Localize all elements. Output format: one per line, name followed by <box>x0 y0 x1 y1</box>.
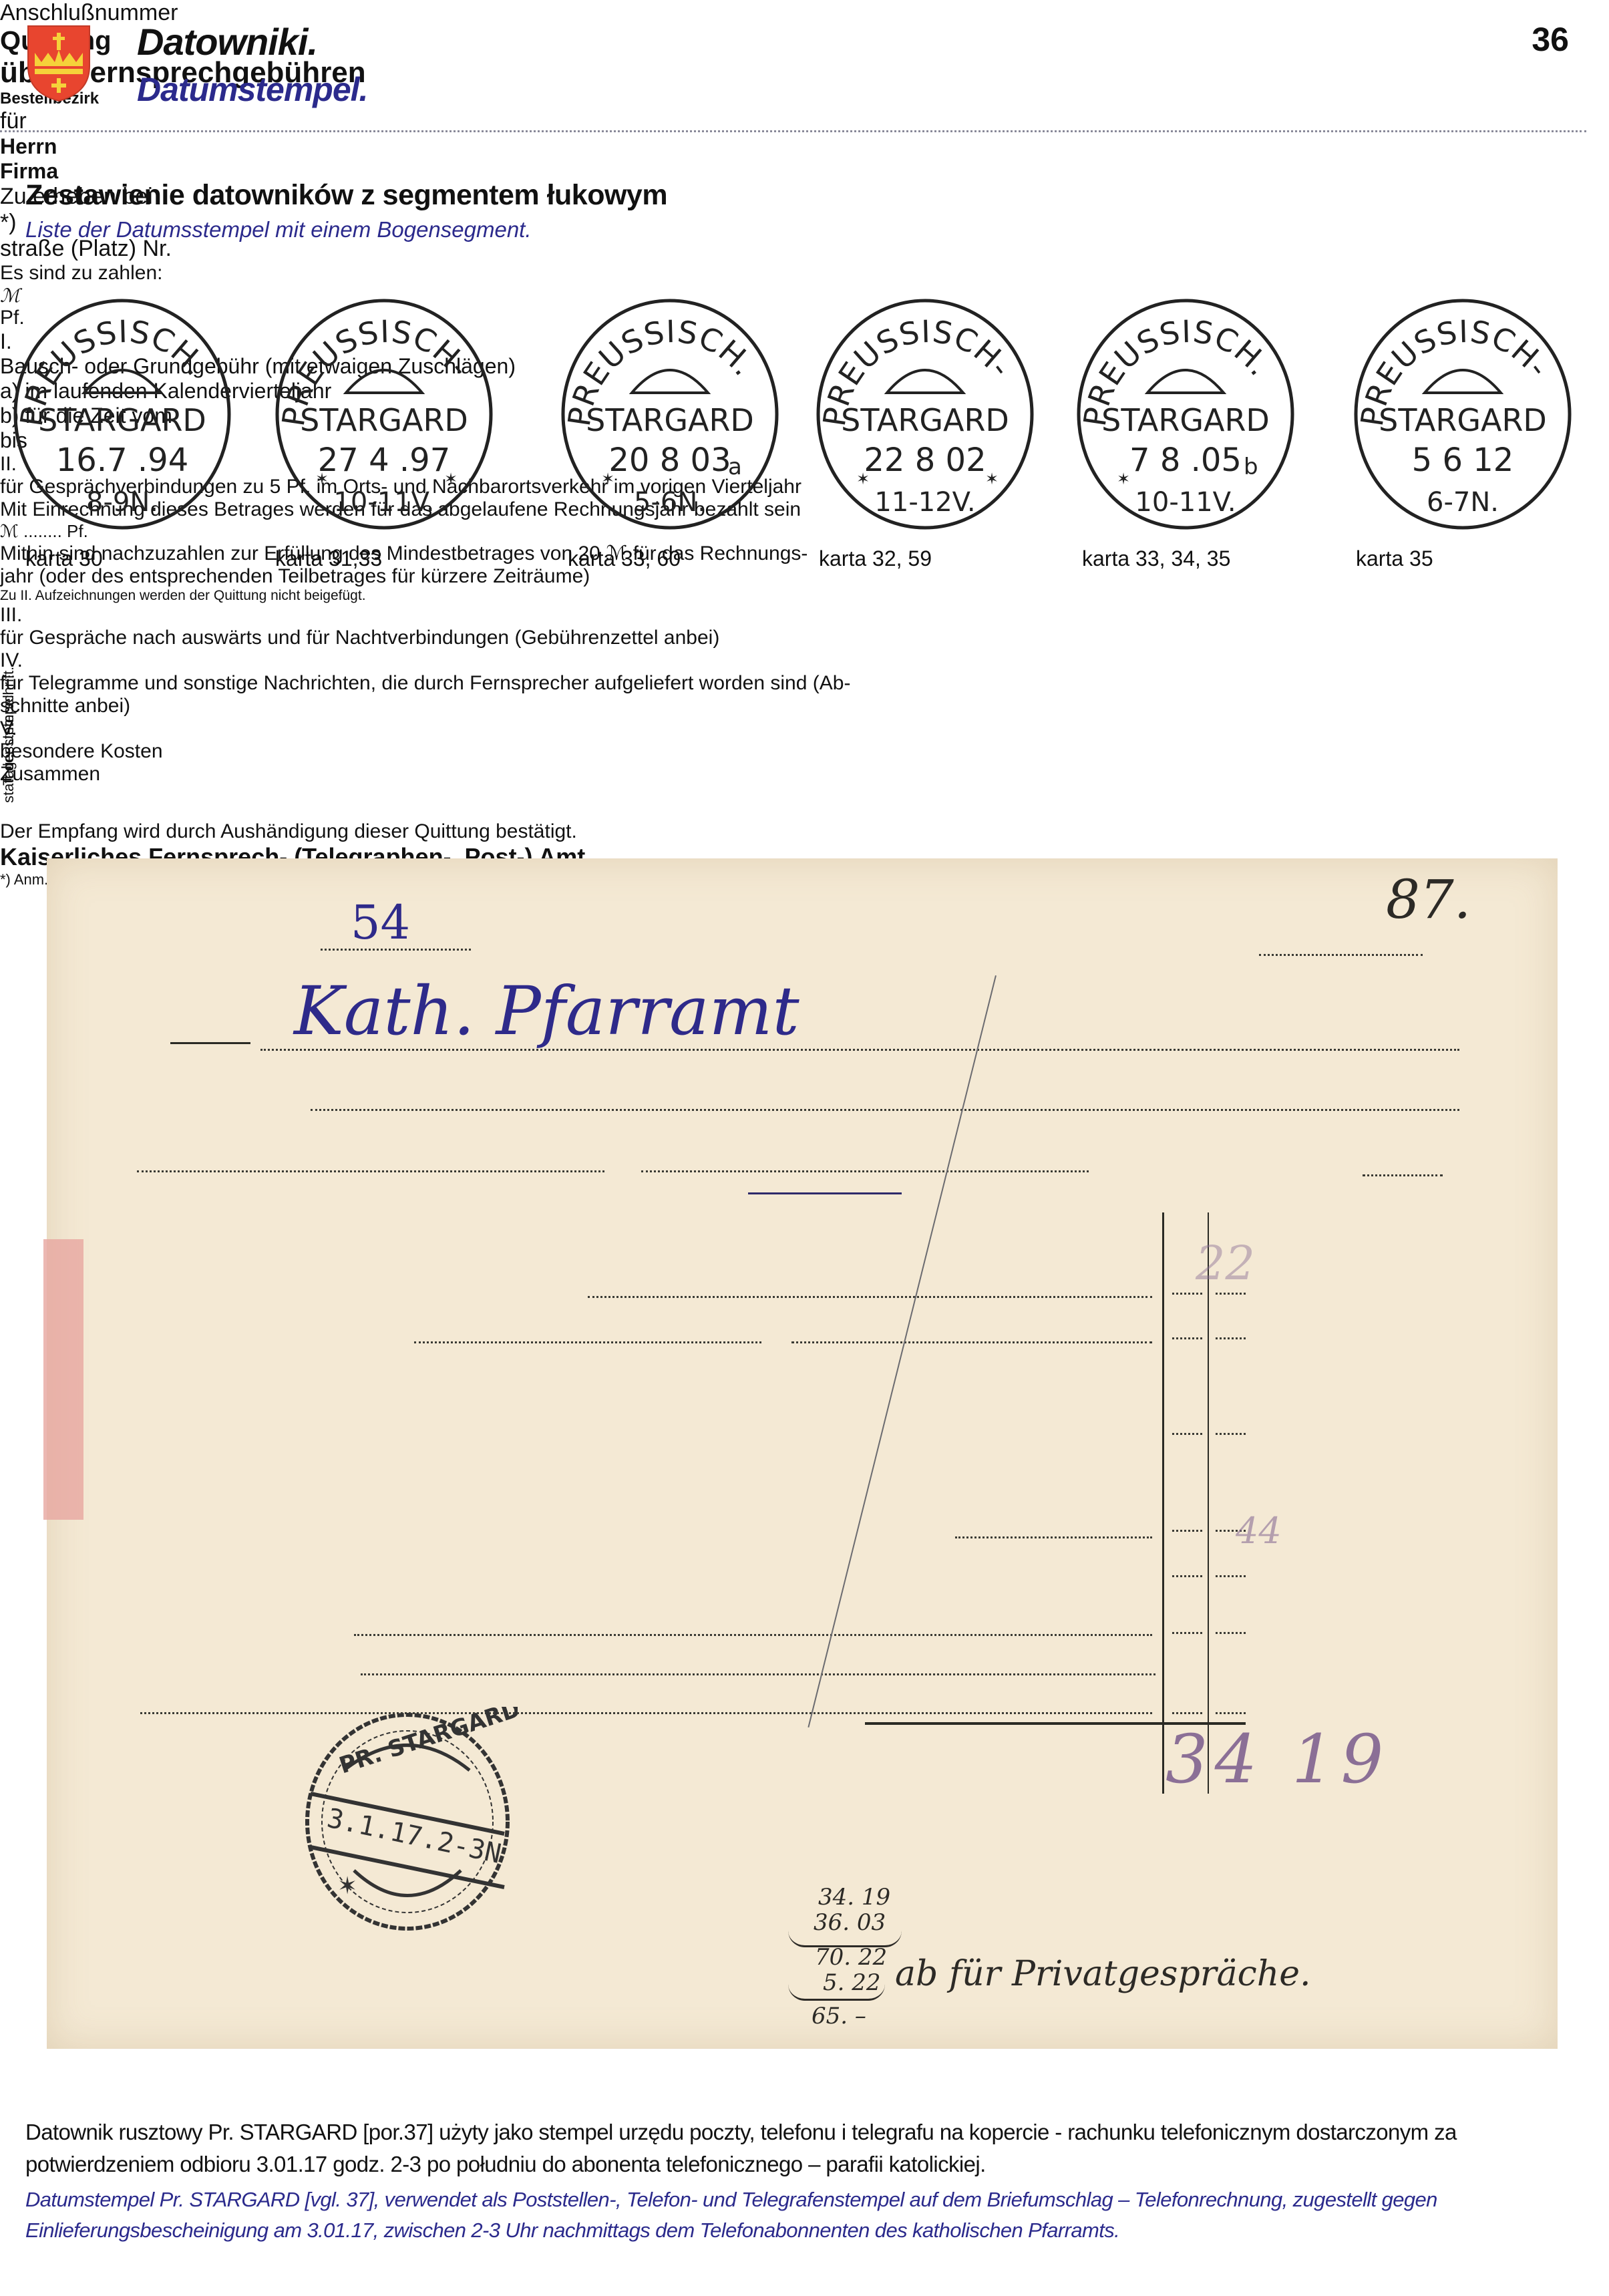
item-ib-to-line <box>791 1341 1152 1343</box>
stamp-time: 6-7N. <box>1427 487 1499 518</box>
svg-text:✶: ✶ <box>985 470 999 488</box>
subtotal-mark-line <box>1172 1712 1202 1714</box>
item-iv-pf-line <box>1216 1632 1246 1634</box>
telephone-receipt-document <box>47 858 1558 2049</box>
item-iv-number: IV. <box>0 649 1609 672</box>
stamp-time: 8-9N. <box>86 487 158 518</box>
blue-underline <box>748 1192 902 1194</box>
es-sind-label: Es sind zu zahlen: <box>0 262 1609 285</box>
address-line-1 <box>137 1170 604 1172</box>
subtotal-pf-line <box>1216 1712 1246 1714</box>
karta-reference: karta 33, 60 <box>568 546 681 571</box>
page-number: 36 <box>1532 20 1569 59</box>
coat-of-arms-icon <box>25 23 92 102</box>
stamp-date: 7 8 .05 <box>1129 442 1242 479</box>
stamp-town: STARGARD <box>1101 402 1270 438</box>
stamp-time: 11-12V. <box>874 487 975 518</box>
item-ii-mithin-mark-line <box>1172 1530 1202 1532</box>
stamp-town: STARGARD <box>841 402 1009 438</box>
item-iii-mark-line <box>1172 1575 1202 1577</box>
item-iii-number: III. <box>0 604 1609 627</box>
postmark-stamp: PREUSSISCH. STARGARD 16.7 .94 8-9N. <box>5 294 239 534</box>
calc-line-1: 34. 19 <box>818 1884 890 1911</box>
anschluss-value: 54 <box>351 895 410 950</box>
item-ia-mark-line <box>1172 1293 1202 1295</box>
herrn-label: Herrn <box>0 134 1609 159</box>
karta-reference: karta 30 <box>25 546 103 571</box>
postmark-date: 3.1.17.2-3N <box>325 1803 504 1870</box>
item-iii-text: für Gespräche nach auswärts und für Nach… <box>0 627 1609 649</box>
caption-polish: Datownik rusztowy Pr. STARGARD [por.37] … <box>25 2116 1582 2180</box>
item-ii-mithin-line <box>955 1536 1152 1538</box>
herrn-firma-divider <box>170 1042 250 1044</box>
item-iii-pf-line <box>1216 1575 1246 1577</box>
stamp-date: 16.7 .94 <box>56 442 188 479</box>
stamp-time: 10-11V. <box>1135 487 1236 518</box>
calc-line-3: 70. 22 <box>815 1944 887 1971</box>
karta-reference: karta 31,33 <box>275 546 382 571</box>
postmark-stamp: PREUSSISCH. STARGARD 7 8 .05 ✶b 10-11V. <box>1069 294 1302 534</box>
arrival-postmark: PR. STARGARD 3.1.17.2-3N ✶ <box>297 1707 518 1941</box>
item-v-line <box>361 1673 1155 1675</box>
column-divider-left <box>1162 1212 1164 1794</box>
postmark-stamp: PREUSSISCH. STARGARD 20 8 03 ✶a 5-6N. <box>553 294 787 534</box>
empfang-text: Der Empfang wird durch Aushändigung dies… <box>0 820 1609 843</box>
page-title-german: Datumstempel. <box>137 70 367 109</box>
karta-reference: karta 33, 34, 35 <box>1082 546 1230 571</box>
item-ia-line <box>588 1296 1152 1298</box>
subtotal-line <box>140 1712 1152 1714</box>
stamp-time: 5-6N. <box>634 487 706 518</box>
karta-reference: karta 35 <box>1356 546 1433 571</box>
postmark-stamp: PREUSSISCH- STARGARD 27 4 .97 ✶✶ 10-11V. <box>267 294 501 534</box>
item-ii-note: Zu II. Aufzeichnungen werden der Quittun… <box>0 588 1609 604</box>
item-ia-value: 22 <box>1196 1236 1255 1291</box>
calc-underline-2 <box>788 1984 885 2001</box>
zusammen-value: 34 19 <box>1166 1720 1390 1798</box>
item-iv-text-1: für Telegramme und sonstige Nachrichten,… <box>0 672 1609 695</box>
svg-text:✶: ✶ <box>315 470 329 488</box>
stamp-town: STARGARD <box>38 402 206 438</box>
caption-german: Datumstempel Pr. STARGARD [vgl. 37], ver… <box>25 2184 1582 2246</box>
svg-text:✶: ✶ <box>1117 470 1130 488</box>
erheben-line <box>311 1109 1459 1111</box>
svg-text:a: a <box>728 454 742 480</box>
svg-text:✶: ✶ <box>856 470 870 488</box>
svg-text:✶: ✶ <box>601 470 614 488</box>
header-divider <box>0 130 1586 132</box>
stamp-date: 27 4 .97 <box>318 442 450 479</box>
item-ii-value: 44 <box>1236 1510 1282 1552</box>
fuer-value: Kath. Pfarramt <box>294 972 799 1050</box>
svg-text:b: b <box>1244 454 1258 480</box>
item-iv-line <box>354 1634 1152 1636</box>
zusammen-label: Zusammen <box>0 763 1609 786</box>
item-ib-pf-line <box>1216 1337 1246 1339</box>
svg-text:✶: ✶ <box>337 1872 357 1899</box>
address-line-2 <box>641 1170 1089 1172</box>
item-ia-pf-line <box>1216 1293 1246 1295</box>
karta-reference: karta 32, 59 <box>819 546 932 571</box>
item-v-number: V. <box>0 717 1609 740</box>
postmark-stamp: PREUSSISCH- STARGARD 5 6 12 6-7N. <box>1346 294 1580 534</box>
strasse-line <box>1363 1174 1443 1176</box>
postmark-stamp: PREUSSISCH- STARGARD 22 8 02 ✶✶ 11-12V. <box>808 294 1042 534</box>
handwritten-number: 87. <box>1386 868 1471 931</box>
item-ii-pf-line <box>1216 1433 1246 1435</box>
item-ib-from-line <box>414 1341 761 1343</box>
calc-note: ab für Privatgespräche. <box>895 1954 1311 1994</box>
item-iv-text-2: schnitte anbei) <box>0 695 1609 717</box>
stamp-date: 20 8 03 <box>608 442 731 479</box>
item-ib-mark-line <box>1172 1337 1202 1339</box>
stamp-town: STARGARD <box>300 402 468 438</box>
stamp-town: STARGARD <box>1379 402 1547 438</box>
stamp-date: 5 6 12 <box>1412 442 1514 479</box>
item-v-text: besondere Kosten <box>0 740 1609 763</box>
stamp-time: 10-11V. <box>333 487 434 518</box>
stamp-caption-2: statt der Unterschrift. <box>0 0 17 803</box>
adhesive-tape-remnant <box>43 1239 83 1520</box>
page-title: Datowniki. <box>137 20 317 63</box>
stamp-town: STARGARD <box>586 402 754 438</box>
section-subtitle: Liste der Datumsstempel mit einem Bogens… <box>25 217 532 242</box>
calc-line-5: 65. – <box>812 2003 866 2029</box>
svg-text:✶: ✶ <box>444 470 458 488</box>
column-divider-right <box>1208 1212 1209 1794</box>
item-iv-mark-line <box>1172 1632 1202 1634</box>
bestellbezirk-line <box>1259 954 1423 956</box>
stamp-date: 22 8 02 <box>864 442 986 479</box>
section-title: Zestawienie datowników z segmentem łukow… <box>25 179 667 212</box>
item-ii-mark-line <box>1172 1433 1202 1435</box>
